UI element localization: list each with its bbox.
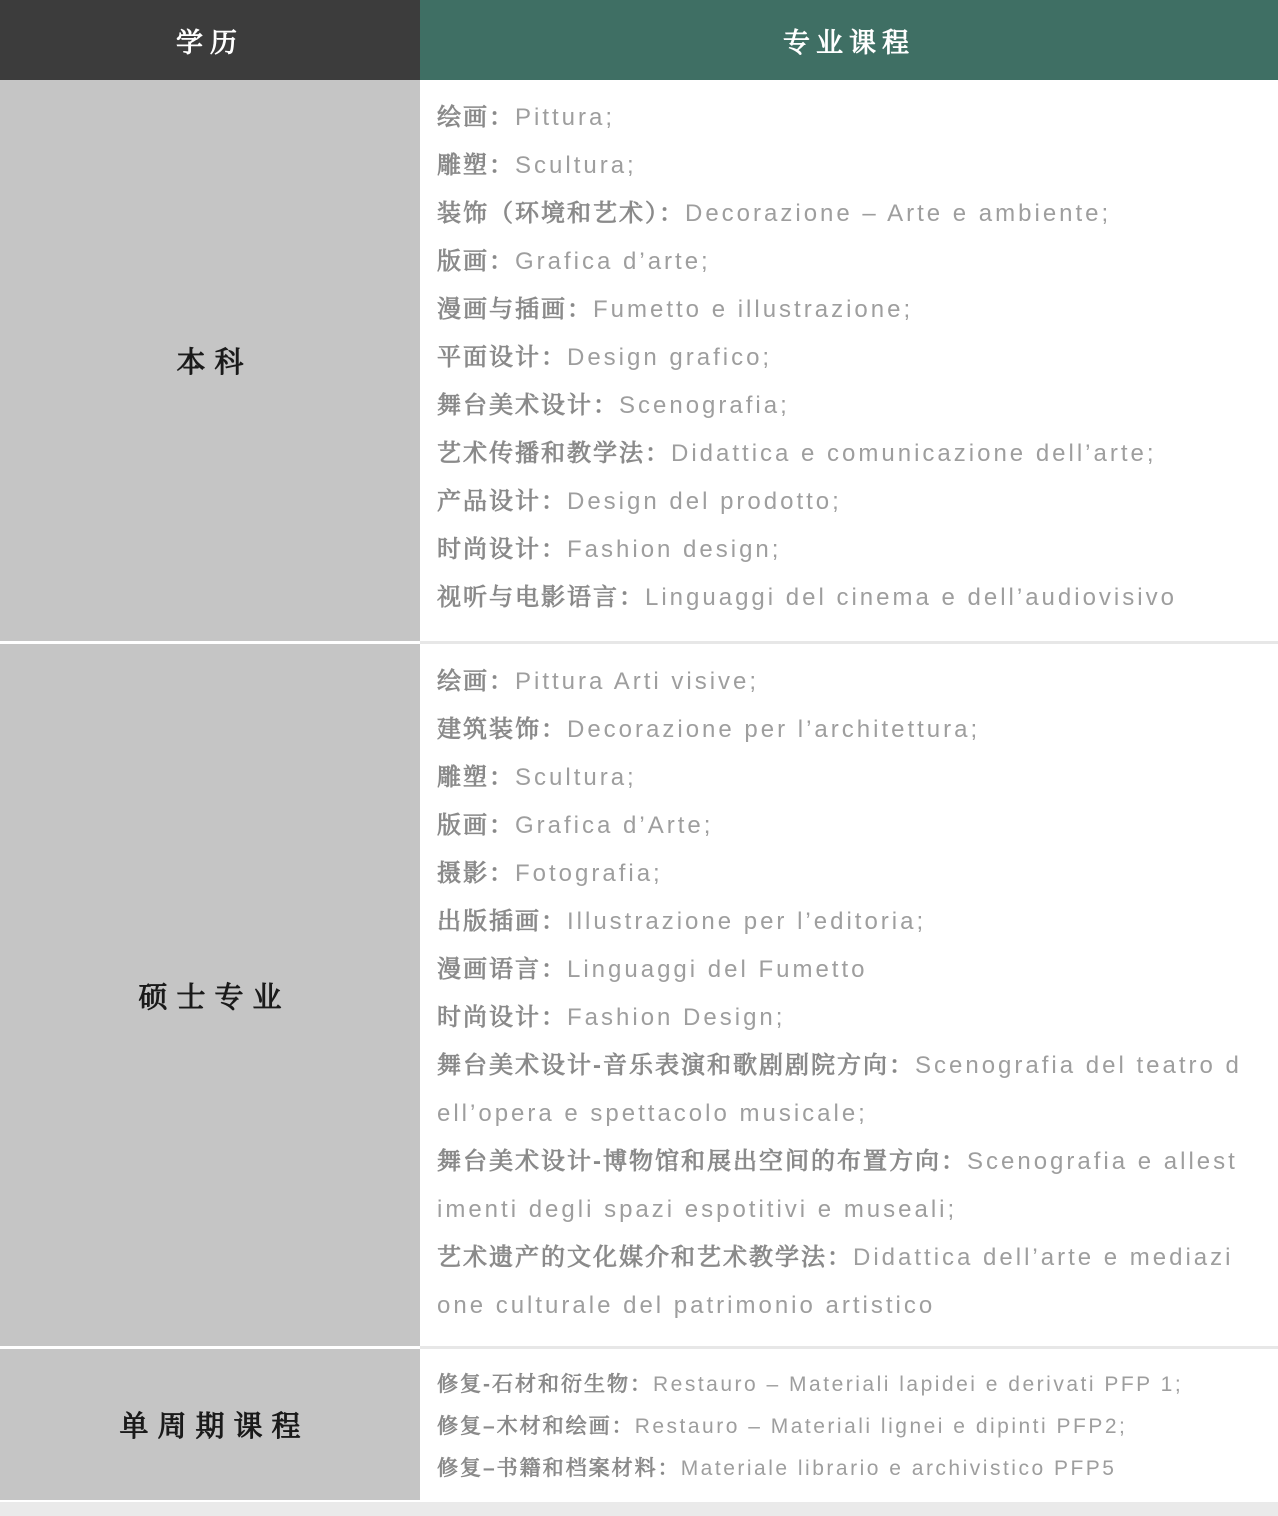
course-zh-label: 漫画与插画： [437,296,593,323]
row-courses-cell: 绘画：Pittura;雕塑：Scultura;装饰（环境和艺术）：Decoraz… [420,80,1278,641]
course-it-text: Fashion Design; [567,1004,785,1031]
course-it-text: Illustrazione per l’editoria; [567,908,926,935]
course-it-text: Scenografia; [619,392,790,419]
page-bottom-strip [0,1502,1278,1516]
course-line: 产品设计：Design del prodotto; [437,478,1242,526]
course-it-text: Didattica e comunicazione dell’arte; [671,440,1157,467]
course-it-text: Scultura; [515,764,637,791]
course-zh-label: 时尚设计： [437,536,567,563]
course-zh-label: 产品设计： [437,488,567,515]
course-line: 绘画：Pittura Arti visive; [437,658,1242,706]
course-line: 修复–书籍和档案材料：Materiale librario e archivis… [437,1448,1242,1490]
table-header-row: 学历 专业课程 [0,0,1278,80]
course-zh-label: 时尚设计： [437,1004,567,1031]
header-cell-education: 学历 [0,0,420,80]
course-it-text: Restauro – Materiali lapidei e derivati … [653,1373,1183,1396]
course-zh-label: 装饰（环境和艺术）： [437,200,685,227]
course-zh-label: 修复–木材和绘画： [437,1415,635,1438]
course-line: 舞台美术设计：Scenografia; [437,382,1242,430]
course-line: 时尚设计：Fashion design; [437,526,1242,574]
course-it-text: Fotografia; [515,860,663,887]
course-line: 平面设计：Design grafico; [437,334,1242,382]
row-label-cell: 单周期课程 [0,1349,420,1500]
course-it-text: Fashion design; [567,536,781,563]
row-courses-cell: 修复-石材和衍生物：Restauro – Materiali lapidei e… [420,1349,1278,1500]
row-courses-cell: 绘画：Pittura Arti visive;建筑装饰：Decorazione … [420,644,1278,1346]
course-zh-label: 修复–书籍和档案材料： [437,1457,681,1480]
table-row: 硕士专业 绘画：Pittura Arti visive;建筑装饰：Decoraz… [0,644,1278,1346]
row-label: 单周期课程 [110,1404,309,1445]
course-line: 装饰（环境和艺术）：Decorazione – Arte e ambiente; [437,190,1242,238]
course-it-text: Scultura; [515,152,637,179]
course-line: 漫画与插画：Fumetto e illustrazione; [437,286,1242,334]
row-label: 本科 [167,340,252,381]
course-line: 修复–木材和绘画：Restauro – Materiali lignei e d… [437,1406,1242,1448]
course-zh-label: 雕塑： [437,152,515,179]
course-line: 绘画：Pittura; [437,94,1242,142]
course-it-text: Linguaggi del cinema e dell’audiovisivo [645,584,1177,611]
row-label-cell: 本科 [0,80,420,641]
course-zh-label: 出版插画： [437,908,567,935]
course-line: 艺术遗产的文化媒介和艺术教学法：Didattica dell’arte e me… [437,1234,1242,1330]
course-it-text: Fumetto e illustrazione; [593,296,913,323]
course-line: 版画：Grafica d’Arte; [437,802,1242,850]
course-line: 摄影：Fotografia; [437,850,1242,898]
course-zh-label: 建筑装饰： [437,716,567,743]
course-zh-label: 视听与电影语言： [437,584,645,611]
course-zh-label: 绘画： [437,104,515,131]
course-zh-label: 平面设计： [437,344,567,371]
course-zh-label: 绘画： [437,668,515,695]
table-row: 本科 绘画：Pittura;雕塑：Scultura;装饰（环境和艺术）：Deco… [0,80,1278,641]
table-body: 本科 绘画：Pittura;雕塑：Scultura;装饰（环境和艺术）：Deco… [0,80,1278,1500]
course-zh-label: 舞台美术设计： [437,392,619,419]
course-zh-label: 舞台美术设计-音乐表演和歌剧剧院方向： [437,1052,915,1079]
course-line: 视听与电影语言：Linguaggi del cinema e dell’audi… [437,574,1242,622]
course-zh-label: 修复-石材和衍生物： [437,1373,653,1396]
course-zh-label: 版画： [437,812,515,839]
course-zh-label: 艺术遗产的文化媒介和艺术教学法： [437,1244,853,1271]
course-it-text: Grafica d’arte; [515,248,711,275]
course-zh-label: 版画： [437,248,515,275]
course-it-text: Restauro – Materiali lignei e dipinti PF… [635,1415,1128,1438]
row-label-cell: 硕士专业 [0,644,420,1346]
education-courses-table: 学历 专业课程 本科 绘画：Pittura;雕塑：Scultura;装饰（环境和… [0,0,1278,1500]
row-label: 硕士专业 [129,975,290,1016]
course-zh-label: 雕塑： [437,764,515,791]
course-it-text: Materiale librario e archivistico PFP5 [681,1457,1117,1480]
course-it-text: Pittura; [515,104,615,131]
page: 学历 专业课程 本科 绘画：Pittura;雕塑：Scultura;装饰（环境和… [0,0,1278,1516]
course-line: 漫画语言：Linguaggi del Fumetto [437,946,1242,994]
table-row: 单周期课程 修复-石材和衍生物：Restauro – Materiali lap… [0,1349,1278,1500]
course-line: 舞台美术设计-博物馆和展出空间的布置方向：Scenografia e alles… [437,1138,1242,1234]
course-it-text: Decorazione per l’architettura; [567,716,980,743]
course-line: 舞台美术设计-音乐表演和歌剧剧院方向：Scenografia del teatr… [437,1042,1242,1138]
course-line: 修复-石材和衍生物：Restauro – Materiali lapidei e… [437,1364,1242,1406]
course-line: 时尚设计：Fashion Design; [437,994,1242,1042]
course-line: 版画：Grafica d’arte; [437,238,1242,286]
course-zh-label: 舞台美术设计-博物馆和展出空间的布置方向： [437,1148,967,1175]
course-line: 艺术传播和教学法：Didattica e comunicazione dell’… [437,430,1242,478]
course-zh-label: 摄影： [437,860,515,887]
course-line: 出版插画：Illustrazione per l’editoria; [437,898,1242,946]
course-it-text: Decorazione – Arte e ambiente; [685,200,1111,227]
course-it-text: Linguaggi del Fumetto [567,956,868,983]
course-zh-label: 漫画语言： [437,956,567,983]
course-it-text: Design del prodotto; [567,488,842,515]
course-it-text: Grafica d’Arte; [515,812,713,839]
header-cell-courses: 专业课程 [420,0,1278,80]
course-it-text: Pittura Arti visive; [515,668,759,695]
course-it-text: Design grafico; [567,344,772,371]
course-line: 雕塑：Scultura; [437,142,1242,190]
course-line: 建筑装饰：Decorazione per l’architettura; [437,706,1242,754]
course-line: 雕塑：Scultura; [437,754,1242,802]
course-zh-label: 艺术传播和教学法： [437,440,671,467]
